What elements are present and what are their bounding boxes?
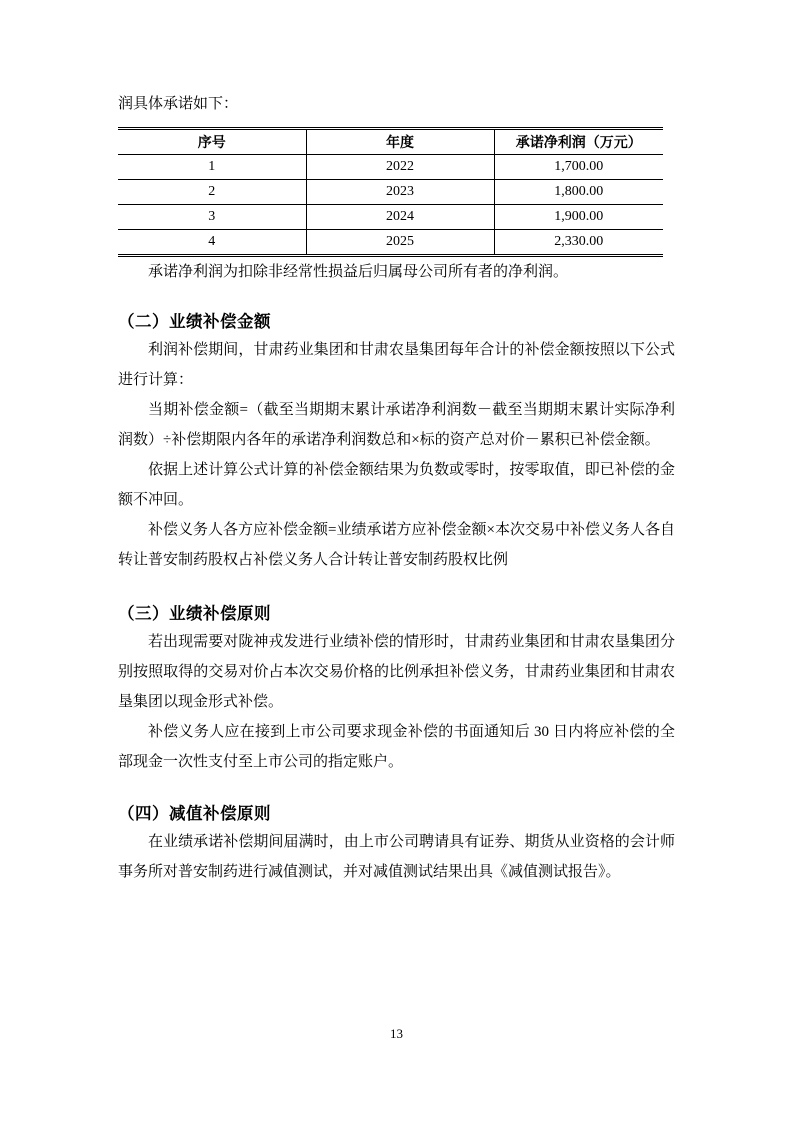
table-cell: 2022: [306, 155, 494, 180]
table-cell: 1,800.00: [494, 180, 663, 205]
paragraph: 利润补偿期间，甘肃药业集团和甘肃农垦集团每年合计的补偿金额按照以下公式进行计算：: [118, 335, 675, 395]
table-header-cell: 承诺净利润（万元）: [494, 129, 663, 155]
table-row: 3 2024 1,900.00: [118, 205, 663, 230]
table-cell: 1,700.00: [494, 155, 663, 180]
paragraph-formula: 补偿义务人各方应补偿金额=业绩承诺方应补偿金额×本次交易中补偿义务人各自转让普安…: [118, 515, 675, 575]
paragraph: 补偿义务人应在接到上市公司要求现金补偿的书面通知后 30 日内将应补偿的全部现金…: [118, 717, 675, 777]
table-cell: 3: [118, 205, 306, 230]
table-header-cell: 序号: [118, 129, 306, 155]
section-heading-3: （三）业绩补偿原则: [118, 601, 675, 627]
table-cell: 1,900.00: [494, 205, 663, 230]
document-page: 润具体承诺如下： 序号 年度 承诺净利润（万元） 1 2022 1,700.00…: [0, 0, 793, 1122]
paragraph-formula: 当期补偿金额=（截至当期期末累计承诺净利润数－截至当期期末累计实际净利润数）÷补…: [118, 395, 675, 455]
table-cell: 4: [118, 230, 306, 256]
promised-net-profit-table: 序号 年度 承诺净利润（万元） 1 2022 1,700.00 2 2023 1…: [118, 127, 663, 257]
paragraph: 若出现需要对陇神戎发进行业绩补偿的情形时，甘肃药业集团和甘肃农垦集团分别按照取得…: [118, 627, 675, 717]
document-content: 润具体承诺如下： 序号 年度 承诺净利润（万元） 1 2022 1,700.00…: [118, 0, 675, 887]
section-heading-2: （二）业绩补偿金额: [118, 309, 675, 335]
table-cell: 1: [118, 155, 306, 180]
table-header-row: 序号 年度 承诺净利润（万元）: [118, 129, 663, 155]
table-row: 1 2022 1,700.00: [118, 155, 663, 180]
table-row: 4 2025 2,330.00: [118, 230, 663, 256]
paragraph: 在业绩承诺补偿期间届满时，由上市公司聘请具有证券、期货从业资格的会计师事务所对普…: [118, 827, 675, 887]
intro-line: 润具体承诺如下：: [118, 94, 675, 114]
table-cell: 2025: [306, 230, 494, 256]
table-note-paragraph: 承诺净利润为扣除非经常性损益后归属母公司所有者的净利润。: [118, 257, 675, 287]
paragraph: 依据上述计算公式计算的补偿金额结果为负数或零时，按零取值，即已补偿的金额不冲回。: [118, 455, 675, 515]
table-cell: 2: [118, 180, 306, 205]
section-heading-4: （四）减值补偿原则: [118, 801, 675, 827]
table-cell: 2023: [306, 180, 494, 205]
table-cell: 2024: [306, 205, 494, 230]
page-number: 13: [0, 1026, 793, 1042]
table-cell: 2,330.00: [494, 230, 663, 256]
table-row: 2 2023 1,800.00: [118, 180, 663, 205]
table-header-cell: 年度: [306, 129, 494, 155]
